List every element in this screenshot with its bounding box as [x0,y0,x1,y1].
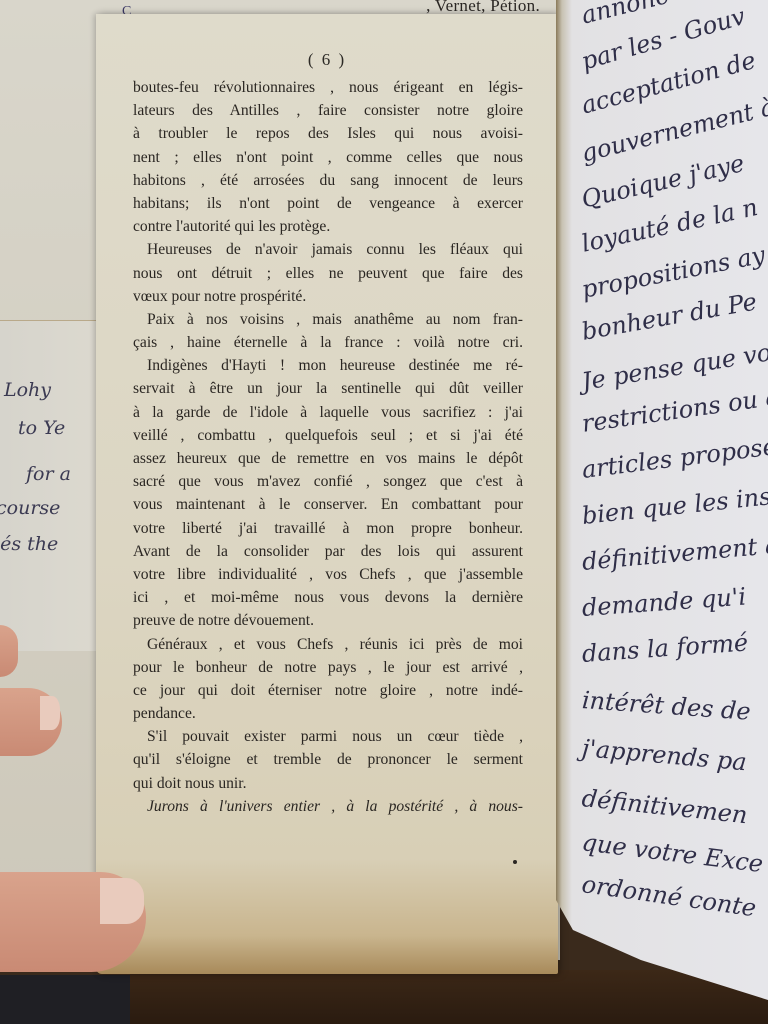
text-line: votre libre individualité , vos Chefs , … [133,563,523,586]
fragment-line: for a [26,463,71,485]
fragment-line: course [0,497,60,519]
text-line: Jurons à l'univers entier , à la postéri… [133,795,523,818]
text-line: pour le bonheur de notre pays , le jour … [133,656,523,679]
text-line: servait à être un jour la sentinelle qui… [133,377,523,400]
text-line: sacré que vous m'avez confié , songez qu… [133,470,523,493]
text-line: veillé , combattu , quelquefois seul ; e… [133,424,523,447]
text-line: assez heureux que de remettre en vos mai… [133,447,523,470]
manuscript-line: intérêt des de [581,686,752,726]
manuscript-line: j'apprends pa [581,734,748,776]
manuscript-line: demande qu'i [581,583,747,622]
text-line: à la garde de l'idole à laquelle vous sa… [133,401,523,424]
text-line: vous maintenant à le conserver. En comba… [133,493,523,516]
manuscript-line: ordonné conte [580,870,758,922]
sleeve [0,975,130,1024]
text-line: preuve de notre dévouement. [133,609,523,632]
manuscript-line: définitivemen [581,784,749,829]
manuscript-line: que votre Exce [580,828,764,878]
manuscript-page: annoncpar les - Gouvacceptation degouver… [556,0,768,1000]
text-line: Indigènes d'Hayti ! mon heureuse destiné… [133,354,523,377]
manuscript-line: dans la formé [581,628,749,668]
fragment-line: to Ye [18,417,65,439]
printed-page: ( 6 ) boutes-feu révolutionnaires , nous… [96,14,558,974]
text-line: habitons , été arrosées du sang innocent… [133,169,523,192]
table-surface [130,970,768,1024]
left-handwritten-fragment: Lohy to Ye for a course lés the [0,320,100,651]
text-line: Heureuses de n'avoir jamais connu les fl… [133,238,523,261]
text-line: qui doit nous unir. [133,772,523,795]
page-body-text: boutes-feu révolutionnaires , nous érige… [133,76,523,818]
text-line: nous ont détruit ; elles ne peuvent que … [133,262,523,285]
text-line: pendance. [133,702,523,725]
ink-dot [513,860,517,864]
text-line: S'il pouvait exister parmi nous un cœur … [133,725,523,748]
text-line: çais , haine éternelle à la france : voi… [133,331,523,354]
thumb [0,872,146,972]
text-line: boutes-feu révolutionnaires , nous érige… [133,76,523,99]
text-line: Avant de la consolider par des lois qui … [133,540,523,563]
text-line: votre liberté j'ai travaillé à mon propr… [133,517,523,540]
text-line: ici , et moi-même nous vous devons la de… [133,586,523,609]
fragment-line: lés the [0,533,58,555]
manuscript-line: bien que les inst [581,481,768,530]
text-line: Généraux , et vous Chefs , réunis ici pr… [133,633,523,656]
fragment-line: Lohy [4,379,51,401]
page-number: ( 6 ) [96,50,558,70]
text-line: habitans; ils n'ont point de vengeance à… [133,192,523,215]
manuscript-line: définitivement a [581,531,768,576]
text-line: à troubler le repos des Isles qui nous a… [133,122,523,145]
text-line: lateurs des Antilles , faire consister n… [133,99,523,122]
text-line: qu'il s'éloigne et tremble de prononcer … [133,748,523,771]
text-line: nent ; elles n'ont point , comme celles … [133,146,523,169]
text-line: Paix à nos voisins , mais anathême au no… [133,308,523,331]
text-line: contre l'autorité qui les protège. [133,215,523,238]
manuscript-line: articles proposé [580,432,768,484]
text-line: ce jour qui doit éterniser notre gloire … [133,679,523,702]
text-line: vœux pour notre prospérité. [133,285,523,308]
